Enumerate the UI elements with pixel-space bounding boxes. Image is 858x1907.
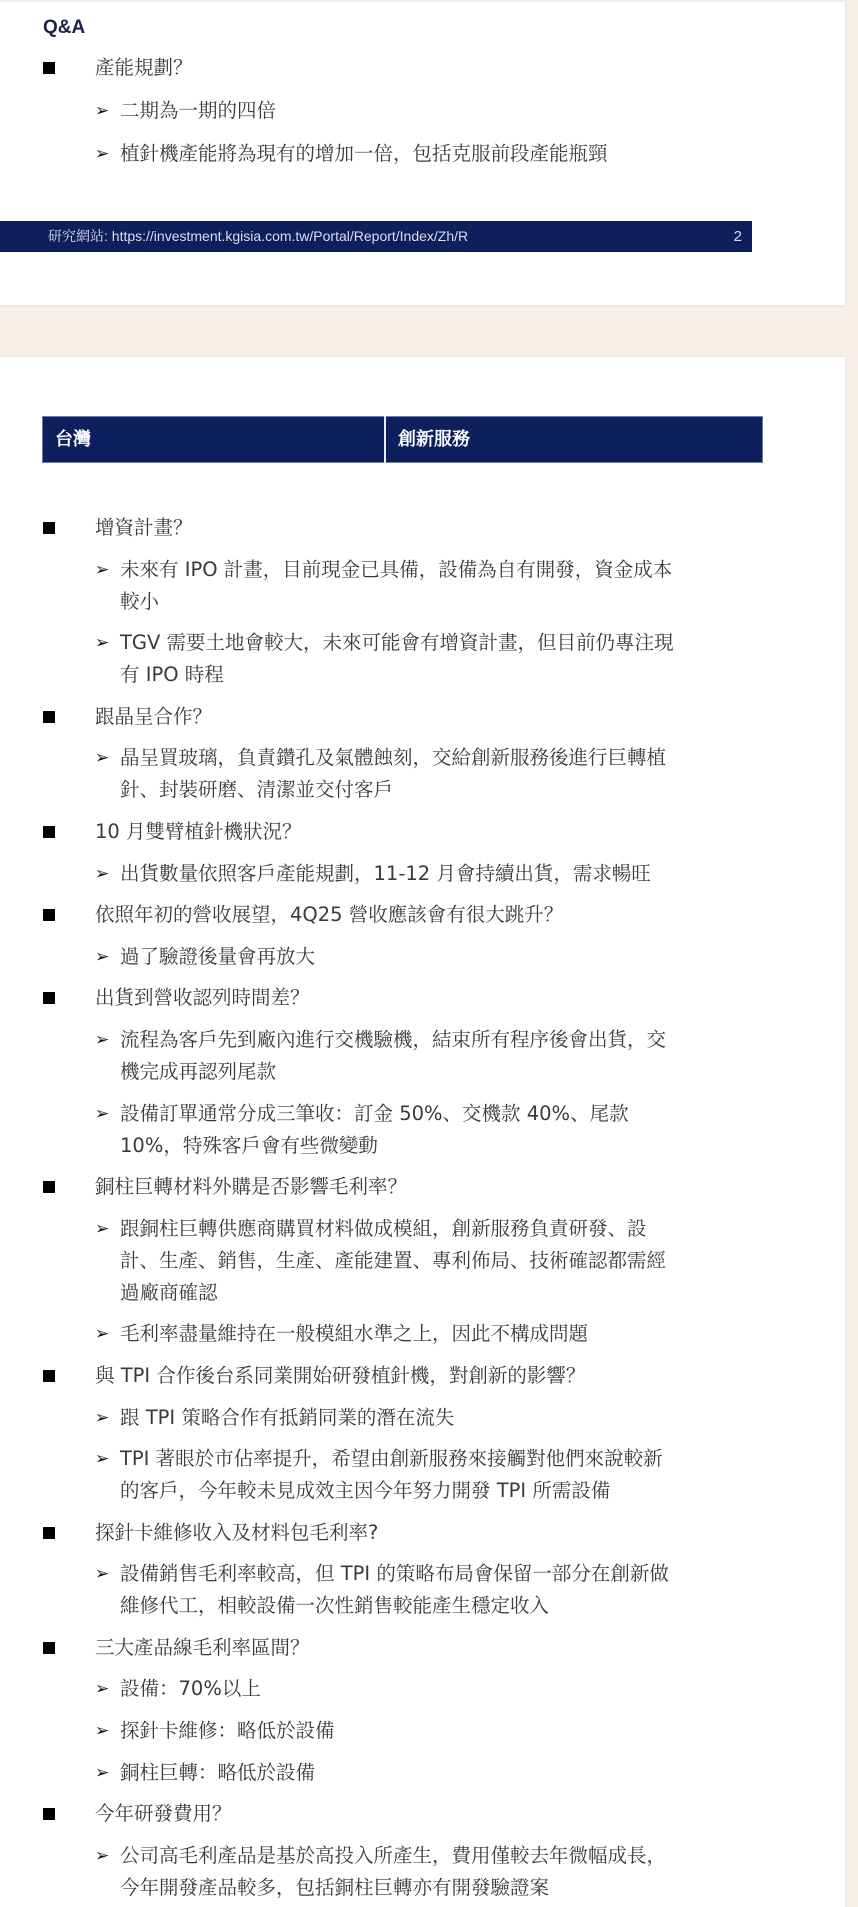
qa-list: 增資計畫？➢未來有 IPO 計畫，目前現金已具備，設備為自有開發，資金成本較小➢… — [0, 512, 845, 1904]
answer-item: ➢未來有 IPO 計畫，目前現金已具備，設備為自有開發，資金成本較小 — [0, 554, 845, 618]
question-item: 產能規劃？ — [0, 52, 845, 84]
answer-text-line: 銅柱巨轉：略低於設備 — [120, 1757, 845, 1789]
answer-text-line: 設備銷售毛利率較高，但 TPI 的策略布局會保留一部分在創新做 — [120, 1558, 845, 1590]
answer-text-line: 流程為客戶先到廠內進行交機驗機，結束所有程序後會出貨，交 — [120, 1024, 845, 1056]
report-header-table: 台灣 創新服務 — [42, 416, 763, 463]
answer-item: ➢TPI 著眼於市佔率提升，希望由創新服務來接觸對他們來說較新的客戶，今年較未見… — [0, 1443, 845, 1507]
question-item: 依照年初的營收展望，4Q25 營收應該會有很大跳升？ — [0, 899, 845, 931]
question-text: 三大產品線毛利率區間？ — [95, 1636, 310, 1659]
answer-text-line: 公司高毛利產品是基於高投入所產生，費用僅較去年微幅成長， — [120, 1840, 845, 1872]
answer-text-line: 過廠商確認 — [120, 1277, 845, 1309]
arrow-bullet-icon: ➢ — [95, 1673, 115, 1705]
report-page-1: Q&A 產能規劃？➢二期為一期的四倍➢植針機產能將為現有的增加一倍，包括克服前段… — [0, 0, 845, 305]
question-text: 銅柱巨轉材料外購是否影響毛利率？ — [95, 1175, 407, 1198]
answer-item: ➢植針機產能將為現有的增加一倍，包括克服前段產能瓶頸 — [0, 138, 845, 170]
arrow-bullet-icon: ➢ — [95, 1098, 115, 1130]
arrow-bullet-icon: ➢ — [95, 1443, 115, 1475]
square-bullet-icon — [43, 826, 55, 838]
answer-text-line: 過了驗證後量會再放大 — [120, 941, 845, 973]
answer-text-line: 的客戶，今年較未見成效主因今年努力開發 TPI 所需設備 — [120, 1475, 845, 1507]
answer-text-line: TPI 著眼於市佔率提升，希望由創新服務來接觸對他們來說較新 — [120, 1443, 845, 1475]
answer-text-line: 晶呈買玻璃，負責鑽孔及氣體蝕刻，交給創新服務後進行巨轉植 — [120, 742, 845, 774]
question-item: 銅柱巨轉材料外購是否影響毛利率？ — [0, 1171, 845, 1203]
question-item: 出貨到營收認列時間差？ — [0, 982, 845, 1014]
qa-list: 產能規劃？➢二期為一期的四倍➢植針機產能將為現有的增加一倍，包括克服前段產能瓶頸 — [0, 52, 845, 170]
arrow-bullet-icon: ➢ — [95, 742, 115, 774]
arrow-bullet-icon: ➢ — [95, 554, 115, 586]
arrow-bullet-icon: ➢ — [95, 1840, 115, 1872]
arrow-bullet-icon: ➢ — [95, 1318, 115, 1350]
answer-item: ➢跟銅柱巨轉供應商購買材料做成模組，創新服務負責研發、設計、生產、銷售，生產、產… — [0, 1213, 845, 1309]
question-text: 增資計畫？ — [95, 516, 193, 539]
square-bullet-icon — [43, 909, 55, 921]
page-footer: 研究網站: https://investment.kgisia.com.tw/P… — [0, 221, 752, 252]
arrow-bullet-icon: ➢ — [95, 941, 115, 973]
answer-text-line: 植針機產能將為現有的增加一倍，包括克服前段產能瓶頸 — [120, 138, 845, 170]
square-bullet-icon — [43, 1527, 55, 1539]
answer-text-line: 機完成再認列尾款 — [120, 1056, 845, 1088]
question-item: 增資計畫？ — [0, 512, 845, 544]
qa-title: Q&A — [43, 16, 85, 40]
answer-item: ➢出貨數量依照客戶產能規劃，11-12 月會持續出貨，需求暢旺 — [0, 858, 845, 890]
arrow-bullet-icon: ➢ — [95, 1715, 115, 1747]
square-bullet-icon — [43, 711, 55, 723]
answer-item: ➢過了驗證後量會再放大 — [0, 941, 845, 973]
question-item: 跟晶呈合作？ — [0, 701, 845, 733]
arrow-bullet-icon: ➢ — [95, 1024, 115, 1056]
question-item: 三大產品線毛利率區間？ — [0, 1632, 845, 1664]
answer-item: ➢二期為一期的四倍 — [0, 95, 845, 127]
question-item: 探針卡維修收入及材料包毛利率? — [0, 1517, 845, 1549]
footer-research-url[interactable]: 研究網站: https://investment.kgisia.com.tw/P… — [48, 221, 468, 252]
question-item: 與 TPI 合作後台系同業開始研發植針機，對創新的影響？ — [0, 1360, 845, 1392]
answer-item: ➢流程為客戶先到廠內進行交機驗機，結束所有程序後會出貨，交機完成再認列尾款 — [0, 1024, 845, 1088]
question-text: 探針卡維修收入及材料包毛利率? — [95, 1521, 378, 1544]
answer-text-line: TGV 需要土地會較大，未來可能會有增資計畫，但目前仍專注現 — [120, 627, 845, 659]
arrow-bullet-icon: ➢ — [95, 858, 115, 890]
question-text: 10 月雙臂植針機狀況？ — [95, 820, 302, 843]
question-text: 依照年初的營收展望，4Q25 營收應該會有很大跳升？ — [95, 903, 563, 926]
answer-text-line: 設備：70%以上 — [120, 1673, 845, 1705]
answer-text-line: 今年開發產品較多，包括銅柱巨轉亦有開發驗證案 — [120, 1872, 845, 1904]
answer-text-line: 針、封裝研磨、清潔並交付客戶 — [120, 774, 845, 806]
answer-item: ➢TGV 需要土地會較大，未來可能會有增資計畫，但目前仍專注現有 IPO 時程 — [0, 627, 845, 691]
question-item: 10 月雙臂植針機狀況？ — [0, 816, 845, 848]
arrow-bullet-icon: ➢ — [95, 95, 115, 127]
question-text: 今年研發費用？ — [95, 1802, 232, 1825]
question-text: 跟晶呈合作？ — [95, 705, 212, 728]
header-company: 創新服務 — [386, 416, 763, 463]
answer-item: ➢設備銷售毛利率較高，但 TPI 的策略布局會保留一部分在創新做維修代工，相較設… — [0, 1558, 845, 1622]
question-item: 今年研發費用？ — [0, 1798, 845, 1830]
answer-text-line: 探針卡維修：略低於設備 — [120, 1715, 845, 1747]
answer-text-line: 維修代工，相較設備一次性銷售較能產生穩定收入 — [120, 1590, 845, 1622]
square-bullet-icon — [43, 62, 55, 74]
arrow-bullet-icon: ➢ — [95, 1757, 115, 1789]
answer-item: ➢公司高毛利產品是基於高投入所產生，費用僅較去年微幅成長，今年開發產品較多，包括… — [0, 1840, 845, 1904]
answer-text-line: 二期為一期的四倍 — [120, 95, 845, 127]
page-number: 2 — [734, 221, 742, 252]
answer-text-line: 毛利率盡量維持在一般模組水準之上，因此不構成問題 — [120, 1318, 845, 1350]
question-text: 出貨到營收認列時間差？ — [95, 986, 310, 1009]
square-bullet-icon — [43, 992, 55, 1004]
answer-item: ➢跟 TPI 策略合作有抵銷同業的潛在流失 — [0, 1402, 845, 1434]
answer-text-line: 有 IPO 時程 — [120, 659, 845, 691]
answer-item: ➢設備：70%以上 — [0, 1673, 845, 1705]
header-region: 台灣 — [42, 416, 386, 463]
answer-text-line: 未來有 IPO 計畫，目前現金已具備，設備為自有開發，資金成本 — [120, 554, 845, 586]
square-bullet-icon — [43, 1181, 55, 1193]
answer-text-line: 計、生產、銷售，生產、產能建置、專利佈局、技術確認都需經 — [120, 1245, 845, 1277]
answer-text-line: 設備訂單通常分成三筆收：訂金 50%、交機款 40%、尾款 — [120, 1098, 845, 1130]
arrow-bullet-icon: ➢ — [95, 1213, 115, 1245]
arrow-bullet-icon: ➢ — [95, 627, 115, 659]
answer-item: ➢銅柱巨轉：略低於設備 — [0, 1757, 845, 1789]
answer-item: ➢晶呈買玻璃，負責鑽孔及氣體蝕刻，交給創新服務後進行巨轉植針、封裝研磨、清潔並交… — [0, 742, 845, 806]
answer-text-line: 較小 — [120, 586, 845, 618]
answer-item: ➢毛利率盡量維持在一般模組水準之上，因此不構成問題 — [0, 1318, 845, 1350]
square-bullet-icon — [43, 522, 55, 534]
arrow-bullet-icon: ➢ — [95, 1558, 115, 1590]
question-text: 與 TPI 合作後台系同業開始研發植針機，對創新的影響？ — [95, 1364, 585, 1387]
square-bullet-icon — [43, 1808, 55, 1820]
arrow-bullet-icon: ➢ — [95, 1402, 115, 1434]
answer-text-line: 跟銅柱巨轉供應商購買材料做成模組，創新服務負責研發、設 — [120, 1213, 845, 1245]
square-bullet-icon — [43, 1642, 55, 1654]
answer-item: ➢探針卡維修：略低於設備 — [0, 1715, 845, 1747]
answer-text-line: 跟 TPI 策略合作有抵銷同業的潛在流失 — [120, 1402, 845, 1434]
arrow-bullet-icon: ➢ — [95, 138, 115, 170]
answer-item: ➢設備訂單通常分成三筆收：訂金 50%、交機款 40%、尾款10%，特殊客戶會有… — [0, 1098, 845, 1162]
question-text: 產能規劃？ — [95, 56, 193, 79]
report-page-2: 台灣 創新服務 增資計畫？➢未來有 IPO 計畫，目前現金已具備，設備為自有開發… — [0, 357, 845, 1907]
answer-text-line: 出貨數量依照客戶產能規劃，11-12 月會持續出貨，需求暢旺 — [120, 858, 845, 890]
answer-text-line: 10%，特殊客戶會有些微變動 — [120, 1130, 845, 1162]
square-bullet-icon — [43, 1370, 55, 1382]
